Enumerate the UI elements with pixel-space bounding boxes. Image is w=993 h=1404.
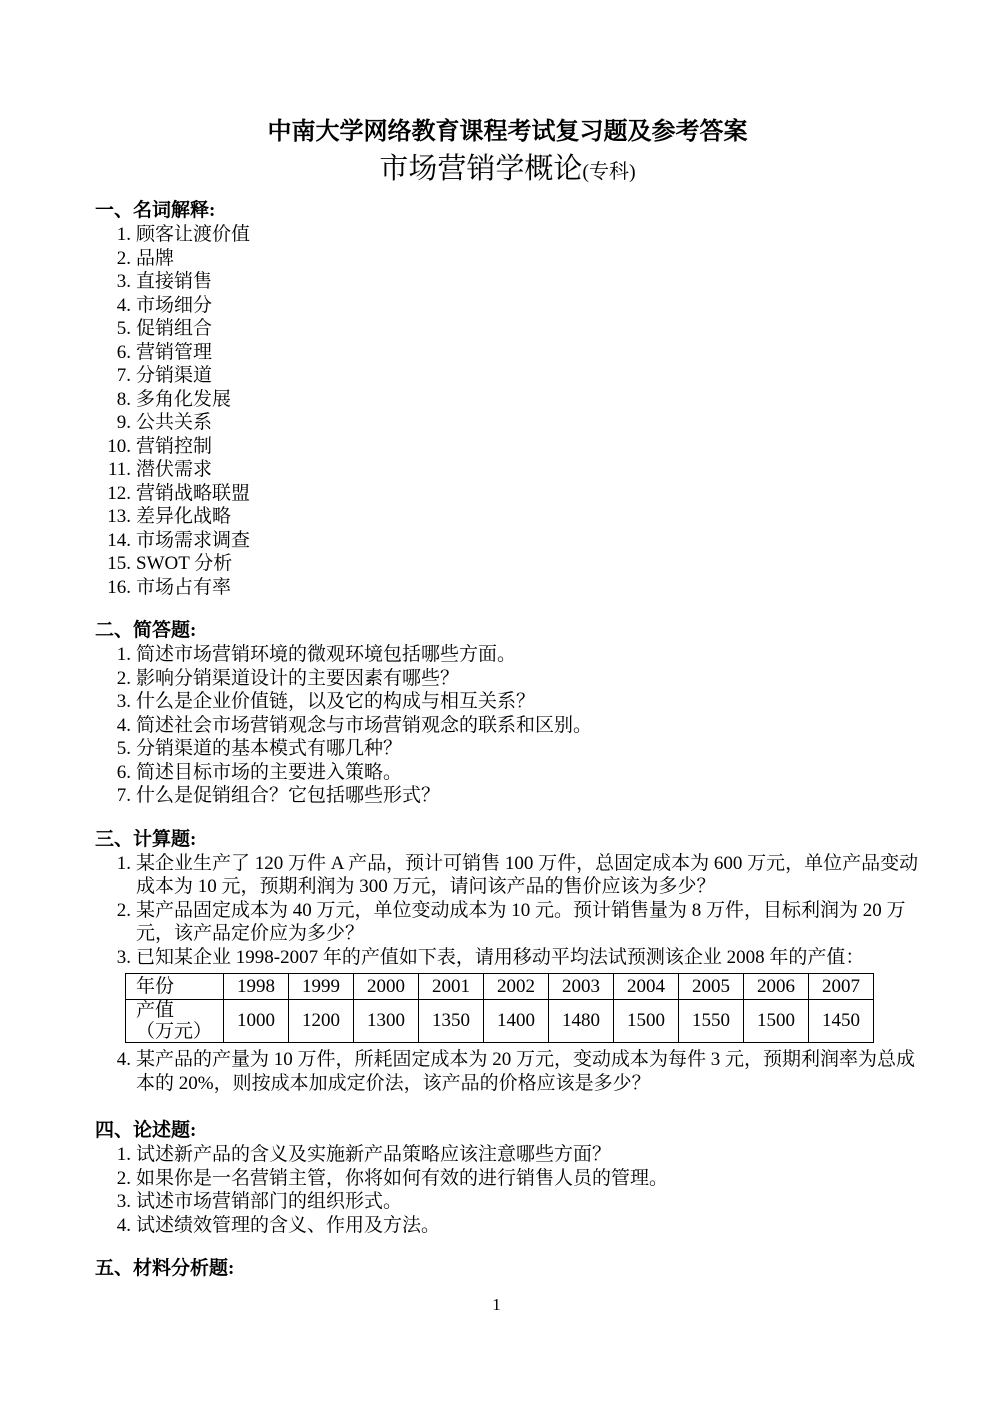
- question-text: 如果你是一名营销主管，你将如何有效的进行销售人员的管理。: [136, 1167, 920, 1191]
- question-number: 1.: [95, 852, 131, 876]
- value-cell: 1450: [809, 1000, 874, 1043]
- question-text: 简述社会市场营销观念与市场营销观念的联系和区别。: [136, 714, 920, 738]
- question-item: 7.分销渠道: [95, 364, 920, 388]
- question-item: 5.分销渠道的基本模式有哪几种？: [95, 737, 920, 761]
- question-text: 营销控制: [136, 435, 920, 459]
- question-number: 2.: [95, 667, 131, 691]
- question-item: 2.如果你是一名营销主管，你将如何有效的进行销售人员的管理。: [95, 1167, 920, 1191]
- essay-list: 1.试述新产品的含义及实施新产品策略应该注意哪些方面？2.如果你是一名营销主管，…: [95, 1143, 920, 1237]
- question-item: 1.某企业生产了 120 万件 A 产品，预计可销售 100 万件，总固定成本为…: [95, 852, 920, 899]
- value-cell: 1400: [484, 1000, 549, 1043]
- row-header-cell: 年份: [126, 974, 224, 1000]
- calculation-list-after-table: 4.某产品的产量为 10 万件，所耗固定成本为 20 万元，变动成本为每件 3 …: [95, 1048, 920, 1095]
- section-calculation: 三、计算题: 1.某企业生产了 120 万件 A 产品，预计可销售 100 万件…: [95, 828, 920, 1096]
- value-cell: 1200: [289, 1000, 354, 1043]
- question-text: 分销渠道: [136, 364, 920, 388]
- question-text: 什么是促销组合？它包括哪些形式？: [136, 784, 920, 808]
- question-item: 4.简述社会市场营销观念与市场营销观念的联系和区别。: [95, 714, 920, 738]
- section-material-analysis: 五、材料分析题:: [95, 1257, 920, 1281]
- question-number: 3.: [95, 1190, 131, 1214]
- question-item: 6.简述目标市场的主要进入策略。: [95, 761, 920, 785]
- calculation-list-before-table: 1.某企业生产了 120 万件 A 产品，预计可销售 100 万件，总固定成本为…: [95, 852, 920, 970]
- question-text: 顾客让渡价值: [136, 223, 920, 247]
- question-text: 促销组合: [136, 317, 920, 341]
- section-essay-heading: 四、论述题:: [95, 1119, 920, 1143]
- question-text: 已知某企业 1998-2007 年的产值如下表，请用移动平均法试预测该企业 20…: [136, 946, 920, 970]
- question-item: 4.某产品的产量为 10 万件，所耗固定成本为 20 万元，变动成本为每件 3 …: [95, 1048, 920, 1095]
- terms-list: 1.顾客让渡价值2.品牌3.直接销售4.市场细分5.促销组合6.营销管理7.分销…: [95, 223, 920, 599]
- question-number: 13.: [95, 505, 131, 529]
- subtitle-main: 市场营销学概论: [379, 153, 582, 185]
- question-text: 直接销售: [136, 270, 920, 294]
- question-item: 3.直接销售: [95, 270, 920, 294]
- question-item: 3.什么是企业价值链，以及它的构成与相互关系？: [95, 690, 920, 714]
- question-number: 3.: [95, 270, 131, 294]
- document-title: 中南大学网络教育课程考试复习题及参考答案: [95, 118, 920, 146]
- value-cell: 2006: [744, 974, 809, 1000]
- question-item: 3.已知某企业 1998-2007 年的产值如下表，请用移动平均法试预测该企业 …: [95, 946, 920, 970]
- value-cell: 2000: [354, 974, 419, 1000]
- value-cell: 2003: [549, 974, 614, 1000]
- table-row-years: 年份19981999200020012002200320042005200620…: [126, 974, 874, 1000]
- page-number: 1: [0, 1295, 993, 1315]
- question-item: 10.营销控制: [95, 435, 920, 459]
- question-number: 4.: [95, 1214, 131, 1238]
- question-item: 1.顾客让渡价值: [95, 223, 920, 247]
- question-number: 2.: [95, 899, 131, 923]
- question-text: 潜伏需求: [136, 458, 920, 482]
- question-number: 4.: [95, 1048, 131, 1072]
- question-number: 8.: [95, 388, 131, 412]
- section-short-answer: 二、简答题: 1.简述市场营销环境的微观环境包括哪些方面。2.影响分销渠道设计的…: [95, 619, 920, 808]
- question-number: 9.: [95, 411, 131, 435]
- question-text: 公共关系: [136, 411, 920, 435]
- question-text: SWOT 分析: [136, 552, 920, 576]
- question-text: 品牌: [136, 247, 920, 271]
- table-row-values: 产值 （万元）100012001300135014001480150015501…: [126, 1000, 874, 1043]
- question-text: 简述目标市场的主要进入策略。: [136, 761, 920, 785]
- question-item: 13.差异化战略: [95, 505, 920, 529]
- question-text: 简述市场营销环境的微观环境包括哪些方面。: [136, 643, 920, 667]
- question-number: 1.: [95, 223, 131, 247]
- value-cell: 1999: [289, 974, 354, 1000]
- question-number: 1.: [95, 643, 131, 667]
- document-subtitle: 市场营销学概论(专科): [95, 152, 920, 189]
- value-cell: 2002: [484, 974, 549, 1000]
- value-cell: 1998: [224, 974, 289, 1000]
- question-text: 什么是企业价值链，以及它的构成与相互关系？: [136, 690, 920, 714]
- question-item: 16.市场占有率: [95, 576, 920, 600]
- question-text: 试述绩效管理的含义、作用及方法。: [136, 1214, 920, 1238]
- question-number: 16.: [95, 576, 131, 600]
- value-cell: 1350: [419, 1000, 484, 1043]
- value-cell: 1480: [549, 1000, 614, 1043]
- question-text: 分销渠道的基本模式有哪几种？: [136, 737, 920, 761]
- value-cell: 2007: [809, 974, 874, 1000]
- value-cell: 1500: [614, 1000, 679, 1043]
- question-text: 差异化战略: [136, 505, 920, 529]
- section-short-answer-heading: 二、简答题:: [95, 619, 920, 643]
- production-table: 年份19981999200020012002200320042005200620…: [125, 973, 874, 1043]
- question-item: 14.市场需求调查: [95, 529, 920, 553]
- question-item: 15.SWOT 分析: [95, 552, 920, 576]
- question-number: 4.: [95, 294, 131, 318]
- question-item: 2.品牌: [95, 247, 920, 271]
- section-terms-heading: 一、名词解释:: [95, 199, 920, 223]
- value-cell: 1500: [744, 1000, 809, 1043]
- question-number: 5.: [95, 737, 131, 761]
- row-header-cell: 产值 （万元）: [126, 1000, 224, 1043]
- question-number: 1.: [95, 1143, 131, 1167]
- question-text: 市场细分: [136, 294, 920, 318]
- question-number: 2.: [95, 247, 131, 271]
- question-text: 市场占有率: [136, 576, 920, 600]
- section-essay: 四、论述题: 1.试述新产品的含义及实施新产品策略应该注意哪些方面？2.如果你是…: [95, 1119, 920, 1237]
- question-item: 12.营销战略联盟: [95, 482, 920, 506]
- question-item: 1.试述新产品的含义及实施新产品策略应该注意哪些方面？: [95, 1143, 920, 1167]
- question-number: 12.: [95, 482, 131, 506]
- question-item: 6.营销管理: [95, 341, 920, 365]
- question-number: 7.: [95, 364, 131, 388]
- question-number: 11.: [95, 458, 131, 482]
- question-number: 6.: [95, 761, 131, 785]
- value-cell: 1300: [354, 1000, 419, 1043]
- question-number: 7.: [95, 784, 131, 808]
- question-number: 14.: [95, 529, 131, 553]
- question-number: 2.: [95, 1167, 131, 1191]
- question-item: 1.简述市场营销环境的微观环境包括哪些方面。: [95, 643, 920, 667]
- question-number: 3.: [95, 946, 131, 970]
- question-item: 3.试述市场营销部门的组织形式。: [95, 1190, 920, 1214]
- question-text: 某产品固定成本为 40 万元，单位变动成本为 10 元。预计销售量为 8 万件，…: [136, 899, 920, 946]
- value-cell: 1550: [679, 1000, 744, 1043]
- question-item: 7.什么是促销组合？它包括哪些形式？: [95, 784, 920, 808]
- subtitle-suffix: (专科): [582, 161, 635, 183]
- section-material-analysis-heading: 五、材料分析题:: [95, 1257, 920, 1281]
- question-item: 2.某产品固定成本为 40 万元，单位变动成本为 10 元。预计销售量为 8 万…: [95, 899, 920, 946]
- question-number: 4.: [95, 714, 131, 738]
- question-item: 11.潜伏需求: [95, 458, 920, 482]
- question-item: 2.影响分销渠道设计的主要因素有哪些？: [95, 667, 920, 691]
- document-page: 中南大学网络教育课程考试复习题及参考答案 市场营销学概论(专科) 一、名词解释:…: [0, 0, 993, 1404]
- question-item: 5.促销组合: [95, 317, 920, 341]
- value-cell: 1000: [224, 1000, 289, 1043]
- question-item: 9.公共关系: [95, 411, 920, 435]
- value-cell: 2004: [614, 974, 679, 1000]
- question-text: 营销战略联盟: [136, 482, 920, 506]
- question-text: 试述新产品的含义及实施新产品策略应该注意哪些方面？: [136, 1143, 920, 1167]
- short-answer-list: 1.简述市场营销环境的微观环境包括哪些方面。2.影响分销渠道设计的主要因素有哪些…: [95, 643, 920, 808]
- question-item: 4.试述绩效管理的含义、作用及方法。: [95, 1214, 920, 1238]
- question-number: 5.: [95, 317, 131, 341]
- question-number: 15.: [95, 552, 131, 576]
- section-calculation-heading: 三、计算题:: [95, 828, 920, 852]
- question-number: 6.: [95, 341, 131, 365]
- question-number: 3.: [95, 690, 131, 714]
- question-text: 影响分销渠道设计的主要因素有哪些？: [136, 667, 920, 691]
- question-item: 4.市场细分: [95, 294, 920, 318]
- question-text: 某产品的产量为 10 万件，所耗固定成本为 20 万元，变动成本为每件 3 元，…: [136, 1048, 920, 1095]
- question-text: 市场需求调查: [136, 529, 920, 553]
- question-text: 多角化发展: [136, 388, 920, 412]
- section-terms: 一、名词解释: 1.顾客让渡价值2.品牌3.直接销售4.市场细分5.促销组合6.…: [95, 199, 920, 599]
- question-number: 10.: [95, 435, 131, 459]
- question-text: 某企业生产了 120 万件 A 产品，预计可销售 100 万件，总固定成本为 6…: [136, 852, 920, 899]
- value-cell: 2001: [419, 974, 484, 1000]
- question-text: 试述市场营销部门的组织形式。: [136, 1190, 920, 1214]
- question-text: 营销管理: [136, 341, 920, 365]
- question-item: 8.多角化发展: [95, 388, 920, 412]
- value-cell: 2005: [679, 974, 744, 1000]
